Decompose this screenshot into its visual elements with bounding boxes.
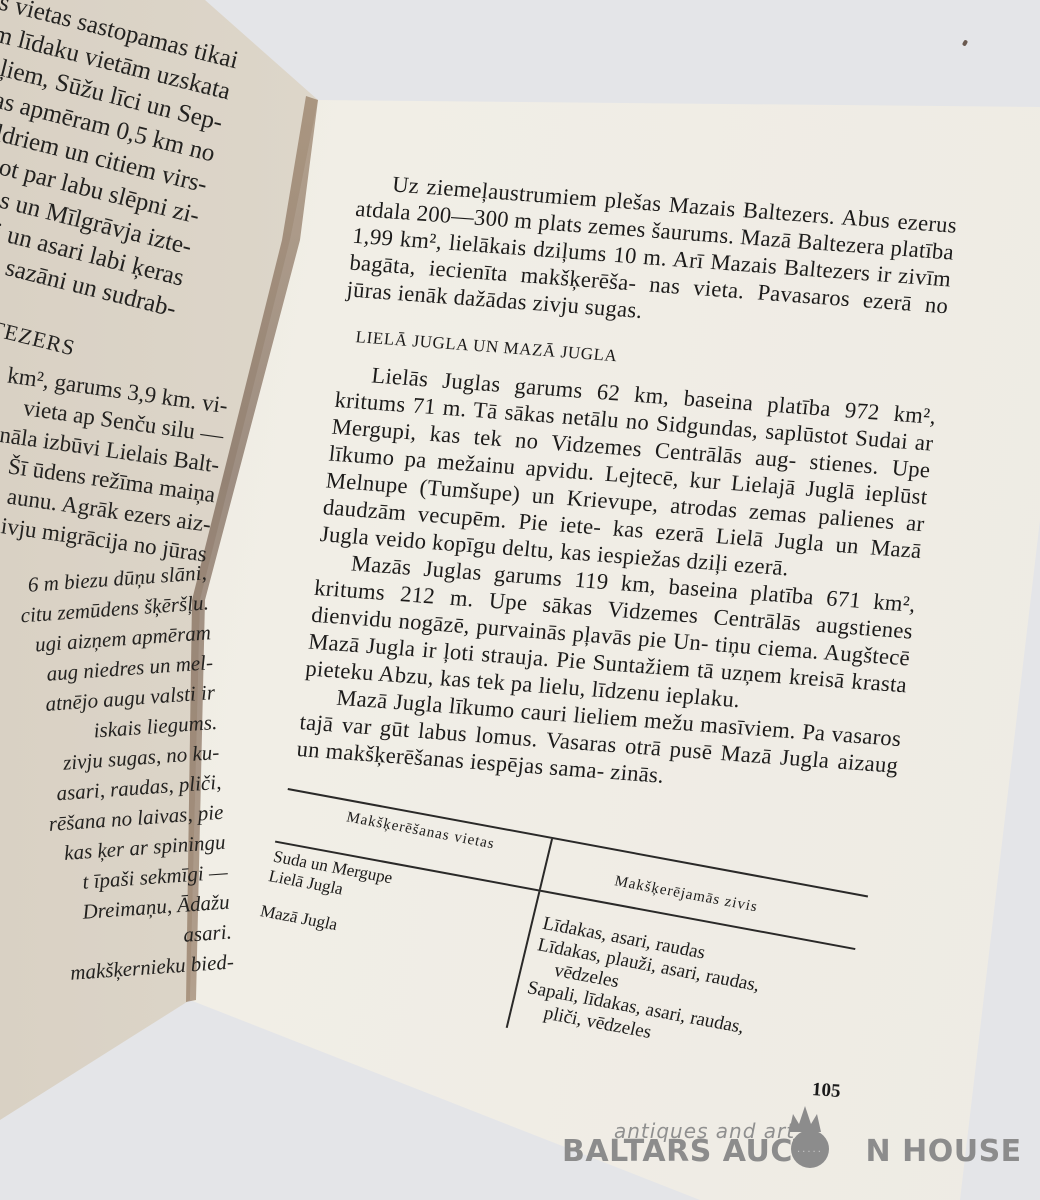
text-line: zinās.	[609, 759, 665, 788]
left-page-bottom-text: 6 m biezu dūņu slāni, citu zemūdens šķēr…	[0, 557, 235, 991]
right-page-text: Uz ziemeļaustrumiem plešas Mazais Baltez…	[295, 168, 958, 806]
left-page-middle-text: km², garums 3,9 km. vi- vieta ap Senču s…	[0, 358, 230, 570]
text-line: sugas.	[584, 294, 644, 323]
page-number: 105	[811, 1079, 841, 1103]
dust-speck	[962, 39, 968, 46]
photo-stage: ņas vietas sastopamas tikai abām līdaku …	[0, 0, 1040, 1200]
watermark-brand-right: N HOUSE	[866, 1134, 1022, 1169]
watermark-brand-left: BALTARS AUCTI	[562, 1134, 826, 1169]
orb-logo-icon: .....	[791, 1130, 829, 1168]
